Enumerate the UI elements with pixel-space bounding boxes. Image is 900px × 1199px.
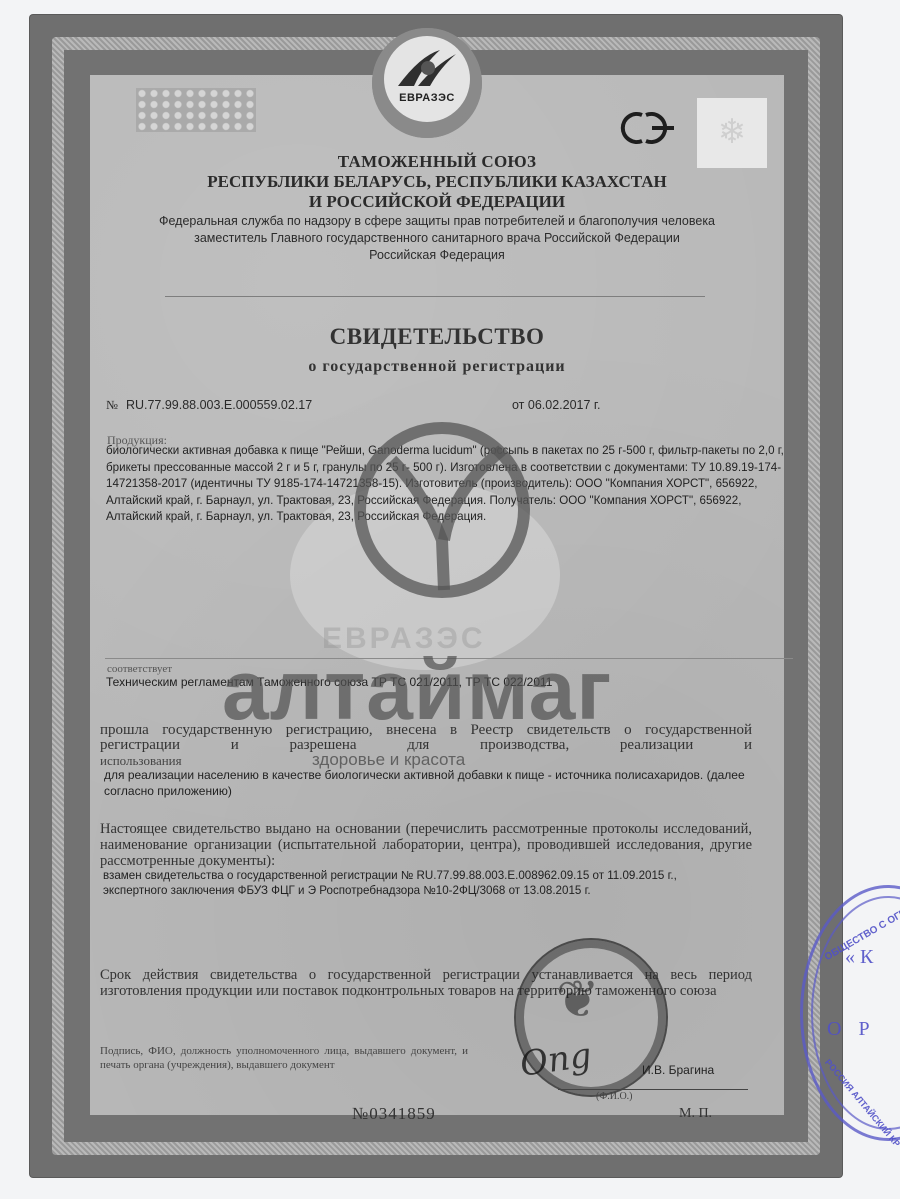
se-conformity-mark-icon: [612, 107, 686, 149]
company-seal-name-mid: О Р: [827, 1018, 876, 1041]
company-seal-name-top: « К: [845, 946, 873, 969]
registration-number-value: RU.77.99.88.003.E.000559.02.17: [126, 398, 312, 412]
fio-label: (Ф.И.О.): [596, 1091, 633, 1102]
double-headed-eagle-icon: ❦: [556, 970, 600, 1030]
number-sign: №: [106, 398, 118, 412]
signer-name: И.В. Брагина: [642, 1063, 714, 1077]
basis-caption: Настоящее свидетельство выдано на основа…: [100, 821, 752, 869]
usage-scope: для реализации населению в качестве биол…: [104, 767, 754, 799]
registration-date: от 06.02.2017 г.: [512, 398, 600, 412]
service-name: Федеральная служба по надзору в сфере за…: [90, 214, 784, 228]
registration-date-value: 06.02.2017 г.: [528, 398, 601, 412]
basis-documents: взамен свидетельства о государственной р…: [103, 868, 723, 898]
issuer-caption-line: [165, 296, 705, 303]
signature-line: [558, 1089, 748, 1090]
evrazes-emblem: ЕВРАЗЭС: [372, 28, 482, 138]
security-pattern: [136, 88, 256, 132]
watermark-brand: алтаймаг: [222, 648, 612, 732]
blank-number: №0341859: [352, 1104, 436, 1124]
deputy-title: заместитель Главного государственного са…: [90, 231, 784, 245]
signature-caption: Подпись, ФИО, должность уполномоченного …: [100, 1044, 468, 1072]
conformity-label: соответствует: [107, 663, 172, 675]
republics-line-1: РЕСПУБЛИКИ БЕЛАРУСЬ, РЕСПУБЛИКИ КАЗАХСТА…: [90, 172, 784, 192]
union-title: ТАМОЖЕННЫЙ СОЮЗ: [90, 152, 784, 172]
republics-line-2: И РОССИЙСКОЙ ФЕДЕРАЦИИ: [90, 192, 784, 212]
registration-number: №RU.77.99.88.003.E.000559.02.17: [106, 398, 312, 413]
hologram-icon: ❄: [697, 112, 767, 152]
certificate-subtitle: о государственной регистрации: [90, 358, 784, 376]
altaimag-logo-watermark-icon: [352, 420, 532, 600]
stamp-place-label: М. П.: [679, 1106, 712, 1122]
date-prefix: от: [512, 398, 524, 412]
country-name: Российская Федерация: [90, 248, 784, 262]
watermark-tagline: здоровье и красота: [312, 750, 465, 770]
emblem-label: ЕВРАЗЭС: [372, 92, 482, 104]
emblem-swoosh-icon: [394, 46, 460, 90]
certificate-title: СВИДЕТЕЛЬСТВО: [90, 324, 784, 350]
